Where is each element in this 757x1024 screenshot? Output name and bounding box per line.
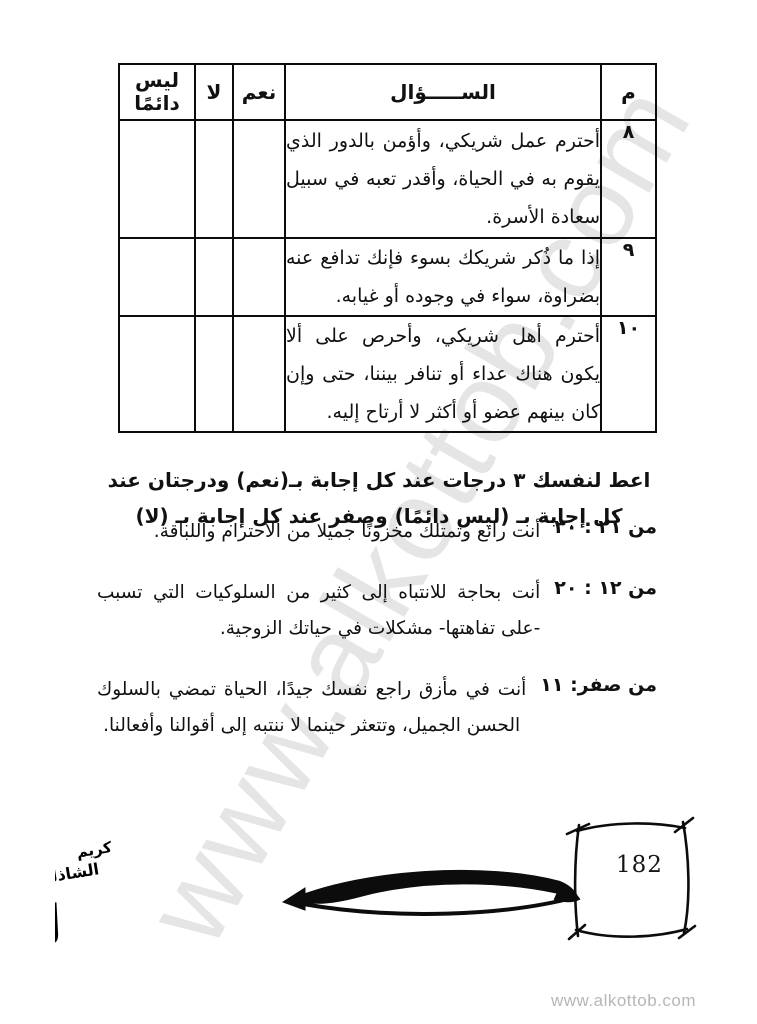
questionnaire-table: م الســـــؤال نعم لا ليس دائمًا ٨ أحترم …	[118, 63, 657, 433]
table-row: ٨ أحترم عمل شريكي، وأؤمن بالدور الذي يقو…	[119, 120, 656, 238]
page-number-box	[567, 818, 695, 939]
question-text: أحترم أهل شريكي، وأحرص على ألا يكون هناك…	[285, 316, 601, 432]
author-line2: الشاذلي	[55, 859, 100, 889]
header-number: م	[601, 64, 656, 120]
row-number: ٩	[601, 238, 656, 316]
table-header-row: م الســـــؤال نعم لا ليس دائمًا	[119, 64, 656, 120]
header-no: لا	[195, 64, 233, 120]
scanned-book-page: www.alkottob.com م الســـــؤال نعم لا لي…	[0, 0, 757, 1024]
header-not-always: ليس دائمًا	[119, 64, 195, 120]
header-yes: نعم	[233, 64, 285, 120]
score-range-label: من ٢١ : ٣٠	[554, 514, 657, 550]
question-text: إذا ما ذُكر شريكك بسوء فإنك تدافع عنه بض…	[285, 238, 601, 316]
score-description: أنت في مأزق راجع نفسك جيدًا، الحياة تمضي…	[97, 672, 526, 744]
row-number: ١٠	[601, 316, 656, 432]
answer-cell-not-always	[119, 316, 195, 432]
footer-decoration: كريم الشاذلي لغات الحب	[55, 810, 705, 975]
answer-cell-not-always	[119, 238, 195, 316]
score-range-label: من ١٢ : ٢٠	[554, 575, 657, 647]
answer-cell-no	[195, 316, 233, 432]
score-interpretations: من ٢١ : ٣٠ أنت رائع وتمتلك مخزونًا جميلا…	[97, 514, 657, 769]
answer-cell-yes	[233, 238, 285, 316]
score-item: من ١٢ : ٢٠ أنت بحاجة للانتباه إلى كثير م…	[97, 575, 657, 647]
page-number: 182	[616, 852, 663, 878]
answer-cell-no	[195, 238, 233, 316]
answer-cell-yes	[233, 316, 285, 432]
answer-cell-yes	[233, 120, 285, 238]
score-description: أنت رائع وتمتلك مخزونًا جميلا من الاحترا…	[97, 514, 540, 550]
score-item: من ٢١ : ٣٠ أنت رائع وتمتلك مخزونًا جميلا…	[97, 514, 657, 550]
score-range-label: من صفر: ١١	[540, 672, 657, 744]
author-name: كريم الشاذلي	[55, 838, 117, 889]
score-description: أنت بحاجة للانتباه إلى كثير من السلوكيات…	[97, 575, 540, 647]
answer-cell-not-always	[119, 120, 195, 238]
answer-cell-no	[195, 120, 233, 238]
book-title-calligraphy: لغات الحب	[55, 893, 64, 971]
footer-watermark-url: www.alkottob.com	[551, 991, 696, 1011]
swoosh-ornament	[283, 871, 579, 914]
table-row: ١٠ أحترم أهل شريكي، وأحرص على ألا يكون ه…	[119, 316, 656, 432]
question-text: أحترم عمل شريكي، وأؤمن بالدور الذي يقوم …	[285, 120, 601, 238]
table-row: ٩ إذا ما ذُكر شريكك بسوء فإنك تدافع عنه …	[119, 238, 656, 316]
score-item: من صفر: ١١ أنت في مأزق راجع نفسك جيدًا، …	[97, 672, 657, 744]
row-number: ٨	[601, 120, 656, 238]
author-line1: كريم	[75, 838, 113, 861]
header-question: الســـــؤال	[285, 64, 601, 120]
